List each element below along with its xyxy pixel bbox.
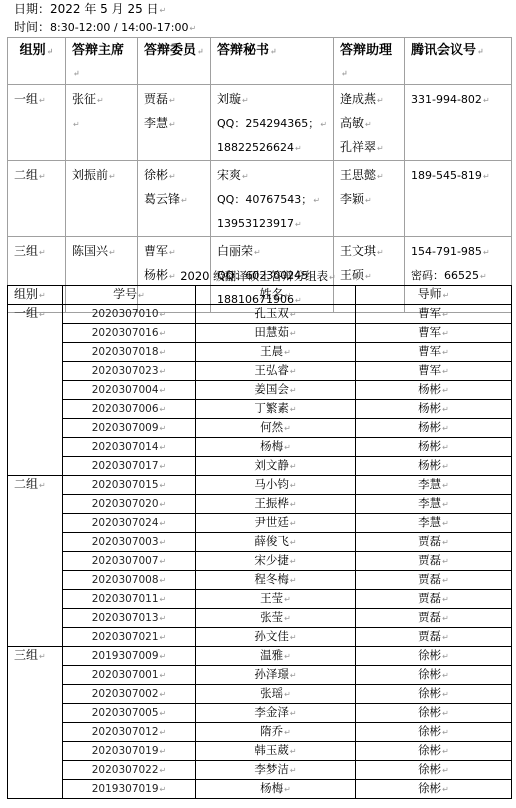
student-id-cell: 2020307017↵: [63, 457, 196, 476]
advisor-cell: 曹军↵: [356, 343, 512, 362]
table-row: 2020307011↵王莹↵贾磊↵: [8, 590, 512, 609]
advisor-cell: 李慧↵: [356, 495, 512, 514]
table-row: 三组↵2019307009↵温雅↵徐彬↵: [8, 647, 512, 666]
paragraph-mark-icon: ↵: [189, 24, 196, 33]
table-row: 2020307019↵韩玉葳↵徐彬↵: [8, 742, 512, 761]
advisor-cell: 贾磊↵: [356, 590, 512, 609]
student-id-cell: 2020307011↵: [63, 590, 196, 609]
col-header-student-id: 学号↵: [63, 286, 196, 305]
advisor-cell: 杨彬↵: [356, 457, 512, 476]
student-name-cell: 马小钧↵: [196, 476, 356, 495]
student-id-cell: 2020307019↵: [63, 742, 196, 761]
advisor-cell: 曹军↵: [356, 305, 512, 324]
time-line: 时间：8:30-12:00 / 14:00-17:00↵: [14, 19, 196, 37]
student-name-cell: 尹世廷↵: [196, 514, 356, 533]
col-header-members: 答辩委员↵: [138, 38, 211, 85]
student-id-cell: 2020307006↵: [63, 400, 196, 419]
table-row: 2020307008↵程冬梅↵贾磊↵: [8, 571, 512, 590]
members-cell: 徐彬↵葛云锋↵: [138, 161, 211, 237]
advisor-cell: 贾磊↵: [356, 571, 512, 590]
table-row: 2020307020↵王振桦↵李慧↵: [8, 495, 512, 514]
secretary-cell: 刘璇↵QQ：254294365；↵18822526624↵: [211, 85, 334, 161]
student-id-cell: 2020307008↵: [63, 571, 196, 590]
student-name-cell: 刘文静↵: [196, 457, 356, 476]
student-id-cell: 2019307019↵: [63, 780, 196, 799]
group-cell: 一组↵: [8, 85, 66, 161]
schedule-row: 一组↵ 张征↵↵ 贾磊↵李慧↵ 刘璇↵QQ：254294365；↵1882252…: [8, 85, 512, 161]
student-name-cell: 李金泽↵: [196, 704, 356, 723]
date-label: 日期：: [14, 2, 50, 16]
table-row: 2020307001↵孙泽璟↵徐彬↵: [8, 666, 512, 685]
table-row: 2020307004↵姜国会↵杨彬↵: [8, 381, 512, 400]
table-row: 2020307013↵张莹↵贾磊↵: [8, 609, 512, 628]
student-name-cell: 丁繁素↵: [196, 400, 356, 419]
col-header-group: 组别↵: [8, 286, 63, 305]
secretary-cell: 宋爽↵QQ：40767543；↵13953123917↵: [211, 161, 334, 237]
student-id-cell: 2020307002↵: [63, 685, 196, 704]
advisor-cell: 贾磊↵: [356, 533, 512, 552]
chair-cell: 刘振前↵: [66, 161, 138, 237]
student-name-cell: 王振桦↵: [196, 495, 356, 514]
student-id-cell: 2020307003↵: [63, 533, 196, 552]
student-name-cell: 李梦洁↵: [196, 761, 356, 780]
student-name-cell: 韩玉葳↵: [196, 742, 356, 761]
col-header-chair: 答辩主席↵: [66, 38, 138, 85]
date-value: 2022 年 5 月 25 日: [50, 2, 159, 16]
student-name-cell: 杨梅↵: [196, 780, 356, 799]
student-name-cell: 孙文佳↵: [196, 628, 356, 647]
student-id-cell: 2020307004↵: [63, 381, 196, 400]
student-name-cell: 张瑶↵: [196, 685, 356, 704]
group-cell: 三组↵: [8, 647, 63, 799]
advisor-cell: 杨彬↵: [356, 381, 512, 400]
advisor-cell: 杨彬↵: [356, 419, 512, 438]
student-name-cell: 程冬梅↵: [196, 571, 356, 590]
col-header-secretary: 答辩秘书↵: [211, 38, 334, 85]
student-roster-table: 组别↵ 学号↵ 姓名↵ 导师↵ 一组↵2020307010↵孔玉双↵曹军↵202…: [7, 285, 512, 799]
roster-body: 一组↵2020307010↵孔玉双↵曹军↵2020307016↵田慧茹↵曹军↵2…: [8, 305, 512, 799]
table-row: 二组↵2020307015↵马小钧↵李慧↵: [8, 476, 512, 495]
student-name-cell: 孔玉双↵: [196, 305, 356, 324]
table-row: 2020307023↵王弘睿↵曹军↵: [8, 362, 512, 381]
advisor-cell: 徐彬↵: [356, 742, 512, 761]
advisor-cell: 贾磊↵: [356, 609, 512, 628]
student-name-cell: 何然↵: [196, 419, 356, 438]
table-row: 2020307014↵杨梅↵杨彬↵: [8, 438, 512, 457]
advisor-cell: 贾磊↵: [356, 628, 512, 647]
schedule-row: 二组↵ 刘振前↵ 徐彬↵葛云锋↵ 宋爽↵QQ：40767543；↵1395312…: [8, 161, 512, 237]
student-id-cell: 2019307009↵: [63, 647, 196, 666]
student-id-cell: 2020307012↵: [63, 723, 196, 742]
group-cell: 二组↵: [8, 161, 66, 237]
roster-header-row: 组别↵ 学号↵ 姓名↵ 导师↵: [8, 286, 512, 305]
advisor-cell: 杨彬↵: [356, 400, 512, 419]
table-row: 2020307003↵薛俊飞↵贾磊↵: [8, 533, 512, 552]
col-header-meeting-id: 腾讯会议号↵: [405, 38, 512, 85]
assistants-cell: 王思懿↵李颖↵: [334, 161, 405, 237]
table-row: 2020307022↵李梦洁↵徐彬↵: [8, 761, 512, 780]
col-header-name: 姓名↵: [196, 286, 356, 305]
time-label: 时间：: [14, 20, 50, 34]
student-id-cell: 2020307024↵: [63, 514, 196, 533]
student-name-cell: 杨梅↵: [196, 438, 356, 457]
student-name-cell: 姜国会↵: [196, 381, 356, 400]
assistants-cell: 逄成燕↵高敏↵孔祥翠↵: [334, 85, 405, 161]
student-id-cell: 2020307018↵: [63, 343, 196, 362]
student-name-cell: 薛俊飞↵: [196, 533, 356, 552]
student-id-cell: 2020307020↵: [63, 495, 196, 514]
chair-cell: 张征↵↵: [66, 85, 138, 161]
advisor-cell: 徐彬↵: [356, 685, 512, 704]
student-name-cell: 张莹↵: [196, 609, 356, 628]
advisor-cell: 徐彬↵: [356, 704, 512, 723]
student-name-cell: 温雅↵: [196, 647, 356, 666]
student-id-cell: 2020307007↵: [63, 552, 196, 571]
student-id-cell: 2020307016↵: [63, 324, 196, 343]
table-row: 2020307017↵刘文静↵杨彬↵: [8, 457, 512, 476]
roster-title: 2020 级翻译硕士答辩分组表↵: [0, 268, 516, 286]
time-value: 8:30-12:00 / 14:00-17:00: [50, 21, 188, 34]
student-id-cell: 2020307015↵: [63, 476, 196, 495]
advisor-cell: 贾磊↵: [356, 552, 512, 571]
student-name-cell: 孙泽璟↵: [196, 666, 356, 685]
student-name-cell: 田慧茹↵: [196, 324, 356, 343]
advisor-cell: 李慧↵: [356, 514, 512, 533]
table-row: 2020307006↵丁繁素↵杨彬↵: [8, 400, 512, 419]
advisor-cell: 杨彬↵: [356, 438, 512, 457]
table-row: 2020307021↵孙文佳↵贾磊↵: [8, 628, 512, 647]
table-row: 一组↵2020307010↵孔玉双↵曹军↵: [8, 305, 512, 324]
table-row: 2019307019↵杨梅↵徐彬↵: [8, 780, 512, 799]
advisor-cell: 曹军↵: [356, 362, 512, 381]
table-row: 2020307018↵王晨↵曹军↵: [8, 343, 512, 362]
group-cell: 二组↵: [8, 476, 63, 647]
col-header-advisor: 导师↵: [356, 286, 512, 305]
student-id-cell: 2020307021↵: [63, 628, 196, 647]
student-name-cell: 王晨↵: [196, 343, 356, 362]
col-header-group: 组别↵: [8, 38, 66, 85]
date-line: 日期：2022 年 5 月 25 日↵: [14, 1, 166, 19]
student-id-cell: 2020307010↵: [63, 305, 196, 324]
table-row: 2020307009↵何然↵杨彬↵: [8, 419, 512, 438]
table-row: 2020307002↵张瑶↵徐彬↵: [8, 685, 512, 704]
members-cell: 贾磊↵李慧↵: [138, 85, 211, 161]
advisor-cell: 徐彬↵: [356, 780, 512, 799]
meeting-id-cell: 331-994-802↵: [405, 85, 512, 161]
advisor-cell: 徐彬↵: [356, 666, 512, 685]
paragraph-mark-icon: ↵: [160, 6, 167, 15]
advisor-cell: 徐彬↵: [356, 761, 512, 780]
student-name-cell: 隋乔↵: [196, 723, 356, 742]
advisor-cell: 徐彬↵: [356, 647, 512, 666]
student-id-cell: 2020307022↵: [63, 761, 196, 780]
table-row: 2020307024↵尹世廷↵李慧↵: [8, 514, 512, 533]
col-header-assistants: 答辩助理↵: [334, 38, 405, 85]
group-cell: 一组↵: [8, 305, 63, 476]
student-name-cell: 王弘睿↵: [196, 362, 356, 381]
advisor-cell: 徐彬↵: [356, 723, 512, 742]
student-id-cell: 2020307023↵: [63, 362, 196, 381]
student-id-cell: 2020307013↵: [63, 609, 196, 628]
student-id-cell: 2020307001↵: [63, 666, 196, 685]
advisor-cell: 李慧↵: [356, 476, 512, 495]
student-id-cell: 2020307005↵: [63, 704, 196, 723]
meeting-id-cell: 189-545-819↵: [405, 161, 512, 237]
table-row: 2020307005↵李金泽↵徐彬↵: [8, 704, 512, 723]
table-row: 2020307012↵隋乔↵徐彬↵: [8, 723, 512, 742]
student-id-cell: 2020307009↵: [63, 419, 196, 438]
schedule-header-row: 组别↵ 答辩主席↵ 答辩委员↵ 答辩秘书↵ 答辩助理↵ 腾讯会议号↵: [8, 38, 512, 85]
student-name-cell: 宋少捷↵: [196, 552, 356, 571]
table-row: 2020307016↵田慧茹↵曹军↵: [8, 324, 512, 343]
student-name-cell: 王莹↵: [196, 590, 356, 609]
advisor-cell: 曹军↵: [356, 324, 512, 343]
student-id-cell: 2020307014↵: [63, 438, 196, 457]
table-row: 2020307007↵宋少捷↵贾磊↵: [8, 552, 512, 571]
